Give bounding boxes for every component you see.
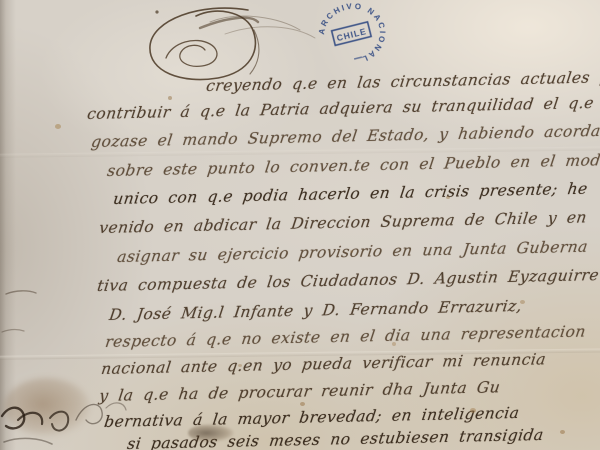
manuscript-line: respecto á q.e no existe en el dia una r… [104,321,587,352]
archive-stamp: ARCHIVO NACIONAL CHILE [294,0,410,78]
foxing-speck [392,342,396,346]
manuscript-line: tiva compuesta de los Ciudadanos D. Agus… [96,265,600,296]
foxing-speck [446,196,450,199]
bleed-through-marks [0,380,130,450]
foxing-speck [55,124,61,129]
margin-bleed-marks [0,280,70,350]
manuscript-line: venido en abdicar la Direccion Suprema d… [98,207,588,238]
foxing-speck [168,96,172,100]
foxing-speck [520,300,525,304]
manuscript-page: ARCHIVO NACIONAL CHILE creyendo q.e en l… [0,0,600,450]
ink-blot [188,424,234,442]
foxing-speck [560,430,565,434]
manuscript-line: unico con q.e podia hacerlo en la crisis… [112,179,589,209]
foxing-speck [350,250,353,253]
manuscript-line: D. José Mig.l Infante y D. Fernando Erra… [108,296,523,325]
foxing-speck [470,408,476,413]
foxing-speck [238,364,242,367]
manuscript-line: contribuir á q.e la Patria adquiera su t… [86,93,595,124]
foxing-speck [300,402,305,406]
